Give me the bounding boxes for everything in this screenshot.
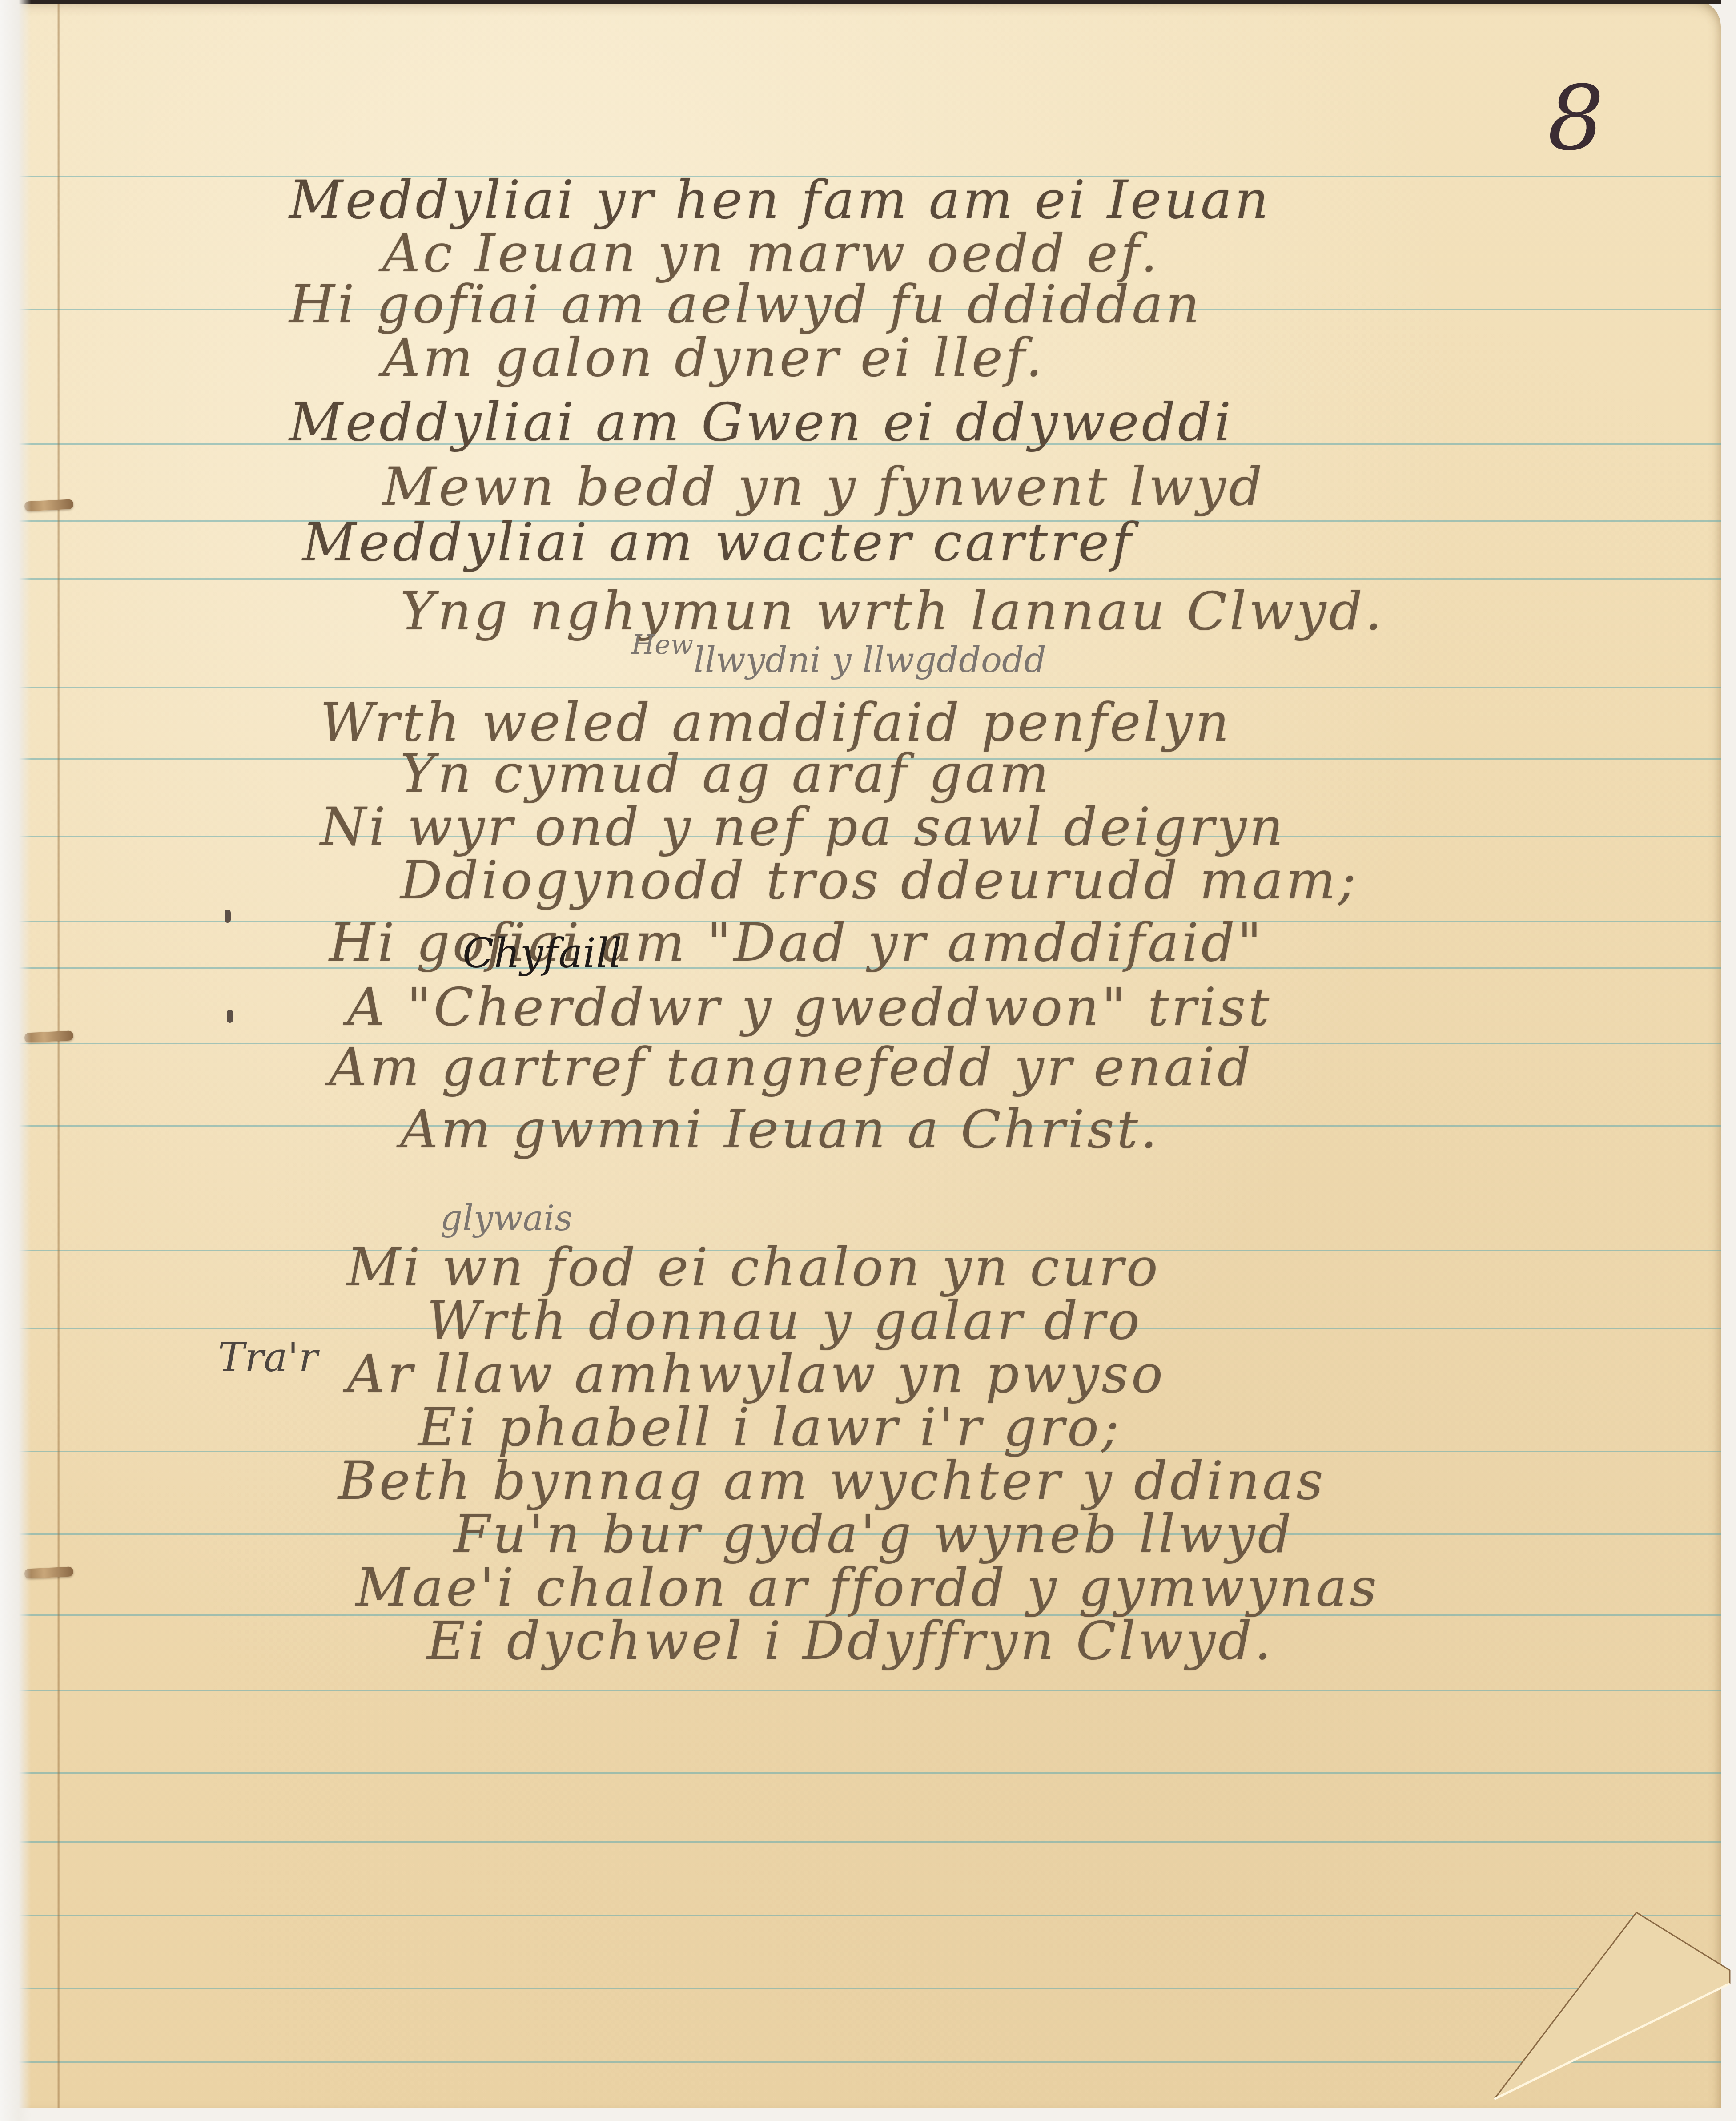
pencil-annotation: Hew xyxy=(631,629,693,660)
poem-line: Am gwmni Ieuan a Christ. xyxy=(400,1099,1160,1160)
margin-mark xyxy=(225,910,231,923)
poem-line: Am gartref tangnefedd yr enaid xyxy=(329,1036,1254,1098)
ruled-line xyxy=(18,1690,1721,1691)
ruled-line xyxy=(18,1988,1721,1989)
poem-line: Yng nghymun wrth lannau Clwyd. xyxy=(400,580,1385,642)
poem-line: Meddyliai am Gwen ei ddyweddi xyxy=(289,391,1234,453)
poem-line: Am galon dyner ei llef. xyxy=(382,327,1045,388)
poem-line: Meddyliai am wacter cartref xyxy=(302,511,1134,573)
poem-line: Ar llaw amhwylaw yn pwyso xyxy=(347,1343,1165,1405)
poem-line: Ni wyr ond y nef pa sawl deigryn xyxy=(320,796,1286,857)
ruled-line xyxy=(18,1841,1721,1843)
ink-annotation: Chyfaill xyxy=(462,930,622,977)
poem-line: Ddiogynodd tros ddeurudd mam; xyxy=(400,849,1358,911)
ruled-line xyxy=(18,578,1721,580)
poem-line: Wrth donnau y galar dro xyxy=(427,1290,1142,1351)
margin-mark xyxy=(227,1010,233,1023)
scanner-margin xyxy=(0,0,31,2121)
poem-line: Mi wn fod ei chalon yn curo xyxy=(347,1236,1161,1298)
pencil-annotation: glywais xyxy=(440,1199,572,1239)
page-top-edge xyxy=(18,0,1721,4)
poem-line: Meddyliai yr hen fam am ei Ieuan xyxy=(289,169,1271,230)
poem-line: Fu'n bur gyda'g wyneb llwyd xyxy=(454,1503,1294,1565)
poem-line: Mae'i chalon ar ffordd y gymwynas xyxy=(356,1557,1379,1618)
ruled-line xyxy=(18,1772,1721,1774)
poem-line: Yn cymud ag araf gam xyxy=(400,743,1052,804)
poem-line: Beth bynnag am wychter y ddinas xyxy=(338,1450,1326,1511)
poem-line: Ei phabell i lawr i'r gro; xyxy=(418,1397,1122,1458)
page-number: 8 xyxy=(1547,67,1604,170)
poem-line: Mewn bedd yn y fynwent lwyd xyxy=(382,456,1265,517)
ruled-line xyxy=(18,687,1721,688)
poem-line: Ei dychwel i Ddyffryn Clwyd. xyxy=(427,1610,1274,1671)
margin-annotation: Tra'r xyxy=(218,1334,317,1381)
poem-line: Hi gofiai am aelwyd fu ddiddan xyxy=(289,274,1202,335)
pencil-annotation: llwydni y llwgddodd xyxy=(694,640,1046,680)
poem-line: A "Cherddwr y gweddwon" trist xyxy=(347,976,1272,1038)
ruled-line xyxy=(18,1915,1721,1916)
ruled-line xyxy=(18,2061,1721,2063)
binding-fold xyxy=(57,0,60,2108)
